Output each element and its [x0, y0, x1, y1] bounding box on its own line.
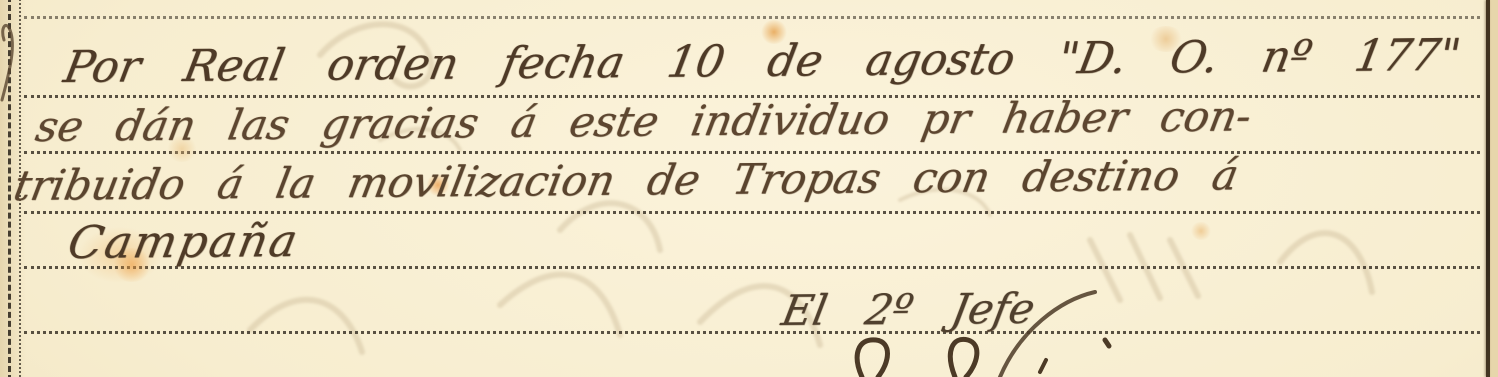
manuscript-page: Por Real orden fecha 10 de agosto "D. O.…: [0, 0, 1498, 377]
signature-flourish: [0, 0, 1498, 377]
